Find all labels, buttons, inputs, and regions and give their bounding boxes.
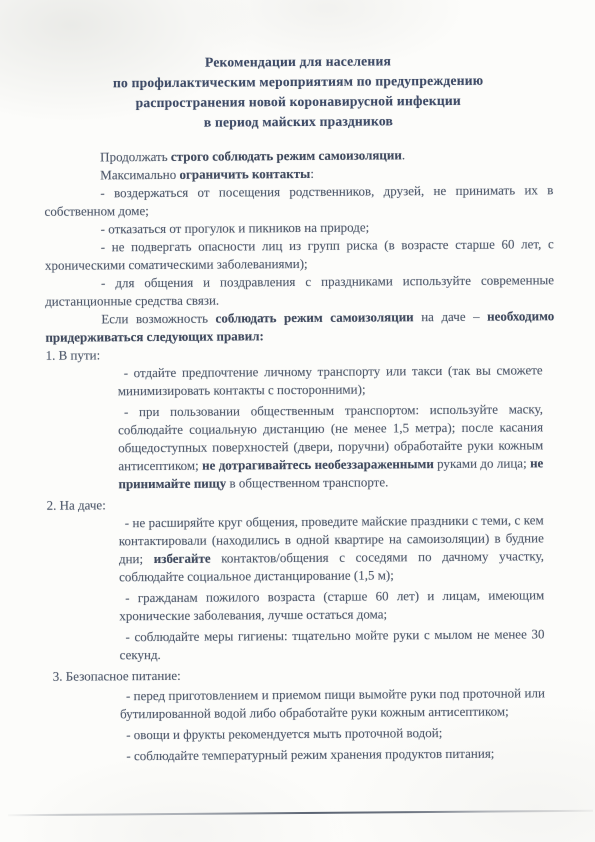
section-2-items: - не расширяйте круг общения, проведите … [119, 511, 545, 664]
scanned-document-page: Рекомендации для населения по профилакти… [0, 0, 595, 842]
section-1-items: - отдайте предпочтение личному транспорт… [118, 361, 544, 493]
text-run: Если возможность [101, 311, 215, 327]
list-item-risk-groups: - не подвергать опасности лиц из групп р… [45, 235, 554, 275]
text-run-bold: избегайте [154, 551, 211, 566]
list-item-hygiene: - соблюдайте меры гигиены: тщательно мой… [119, 625, 544, 664]
text-run: Максимально [100, 167, 179, 183]
list-item-elderly-stay-home: - гражданам пожилого возраста (старше 60… [119, 586, 544, 625]
text-run: в общественном транспорте. [226, 474, 388, 490]
list-item-storage-temperature: - соблюдайте температурный режим хранени… [120, 744, 545, 765]
text-run: на даче – [414, 309, 488, 325]
section-3-items: - перед приготовлением и приемом пищи вы… [120, 684, 546, 765]
text-run-bold: не дотрагивайтесь необеззараженными [202, 456, 434, 473]
text-run-bold: ограничить контакты [179, 166, 310, 182]
text-run-bold: соблюдать режим самоизоляции [215, 309, 413, 325]
document-body: Продолжать строго соблюдать режим самоиз… [44, 145, 557, 766]
document-title: Рекомендации для населения по профилакти… [43, 50, 553, 134]
list-item-remote-communication: - для общения и поздравления с праздника… [45, 271, 554, 311]
text-run: Продолжать [100, 149, 171, 164]
list-item-wash-fruits: - овощи и фрукты рекомендуется мыть прот… [120, 723, 545, 744]
document-sheet: Рекомендации для населения по профилакти… [0, 0, 595, 842]
list-item-refrain-visits: - воздержаться от посещения родственнико… [44, 181, 553, 221]
list-item-wash-hands-before-food: - перед приготовлением и приемом пищи вы… [120, 684, 545, 723]
text-run: руками до лица; [434, 455, 530, 471]
title-line-4: в период майских праздников [44, 110, 553, 134]
text-run: : [310, 166, 314, 181]
section-heading-3-safe-food: 3. Безопасное питание: [53, 664, 557, 686]
list-item-same-circle: - не расширяйте круг общения, проведите … [119, 511, 544, 586]
list-item-personal-transport: - отдайте предпочтение личному транспорт… [118, 361, 543, 400]
title-line-2: по профилактическим мероприятиям по пред… [44, 70, 553, 94]
paragraph-dacha-rules-intro: Если возможность соблюдать режим самоизо… [45, 307, 554, 347]
text-run: . [402, 147, 405, 162]
text-run-bold: строго соблюдать режим самоизоляции [171, 147, 402, 164]
list-item-public-transport: - при пользовании общественным транспорт… [118, 400, 544, 493]
